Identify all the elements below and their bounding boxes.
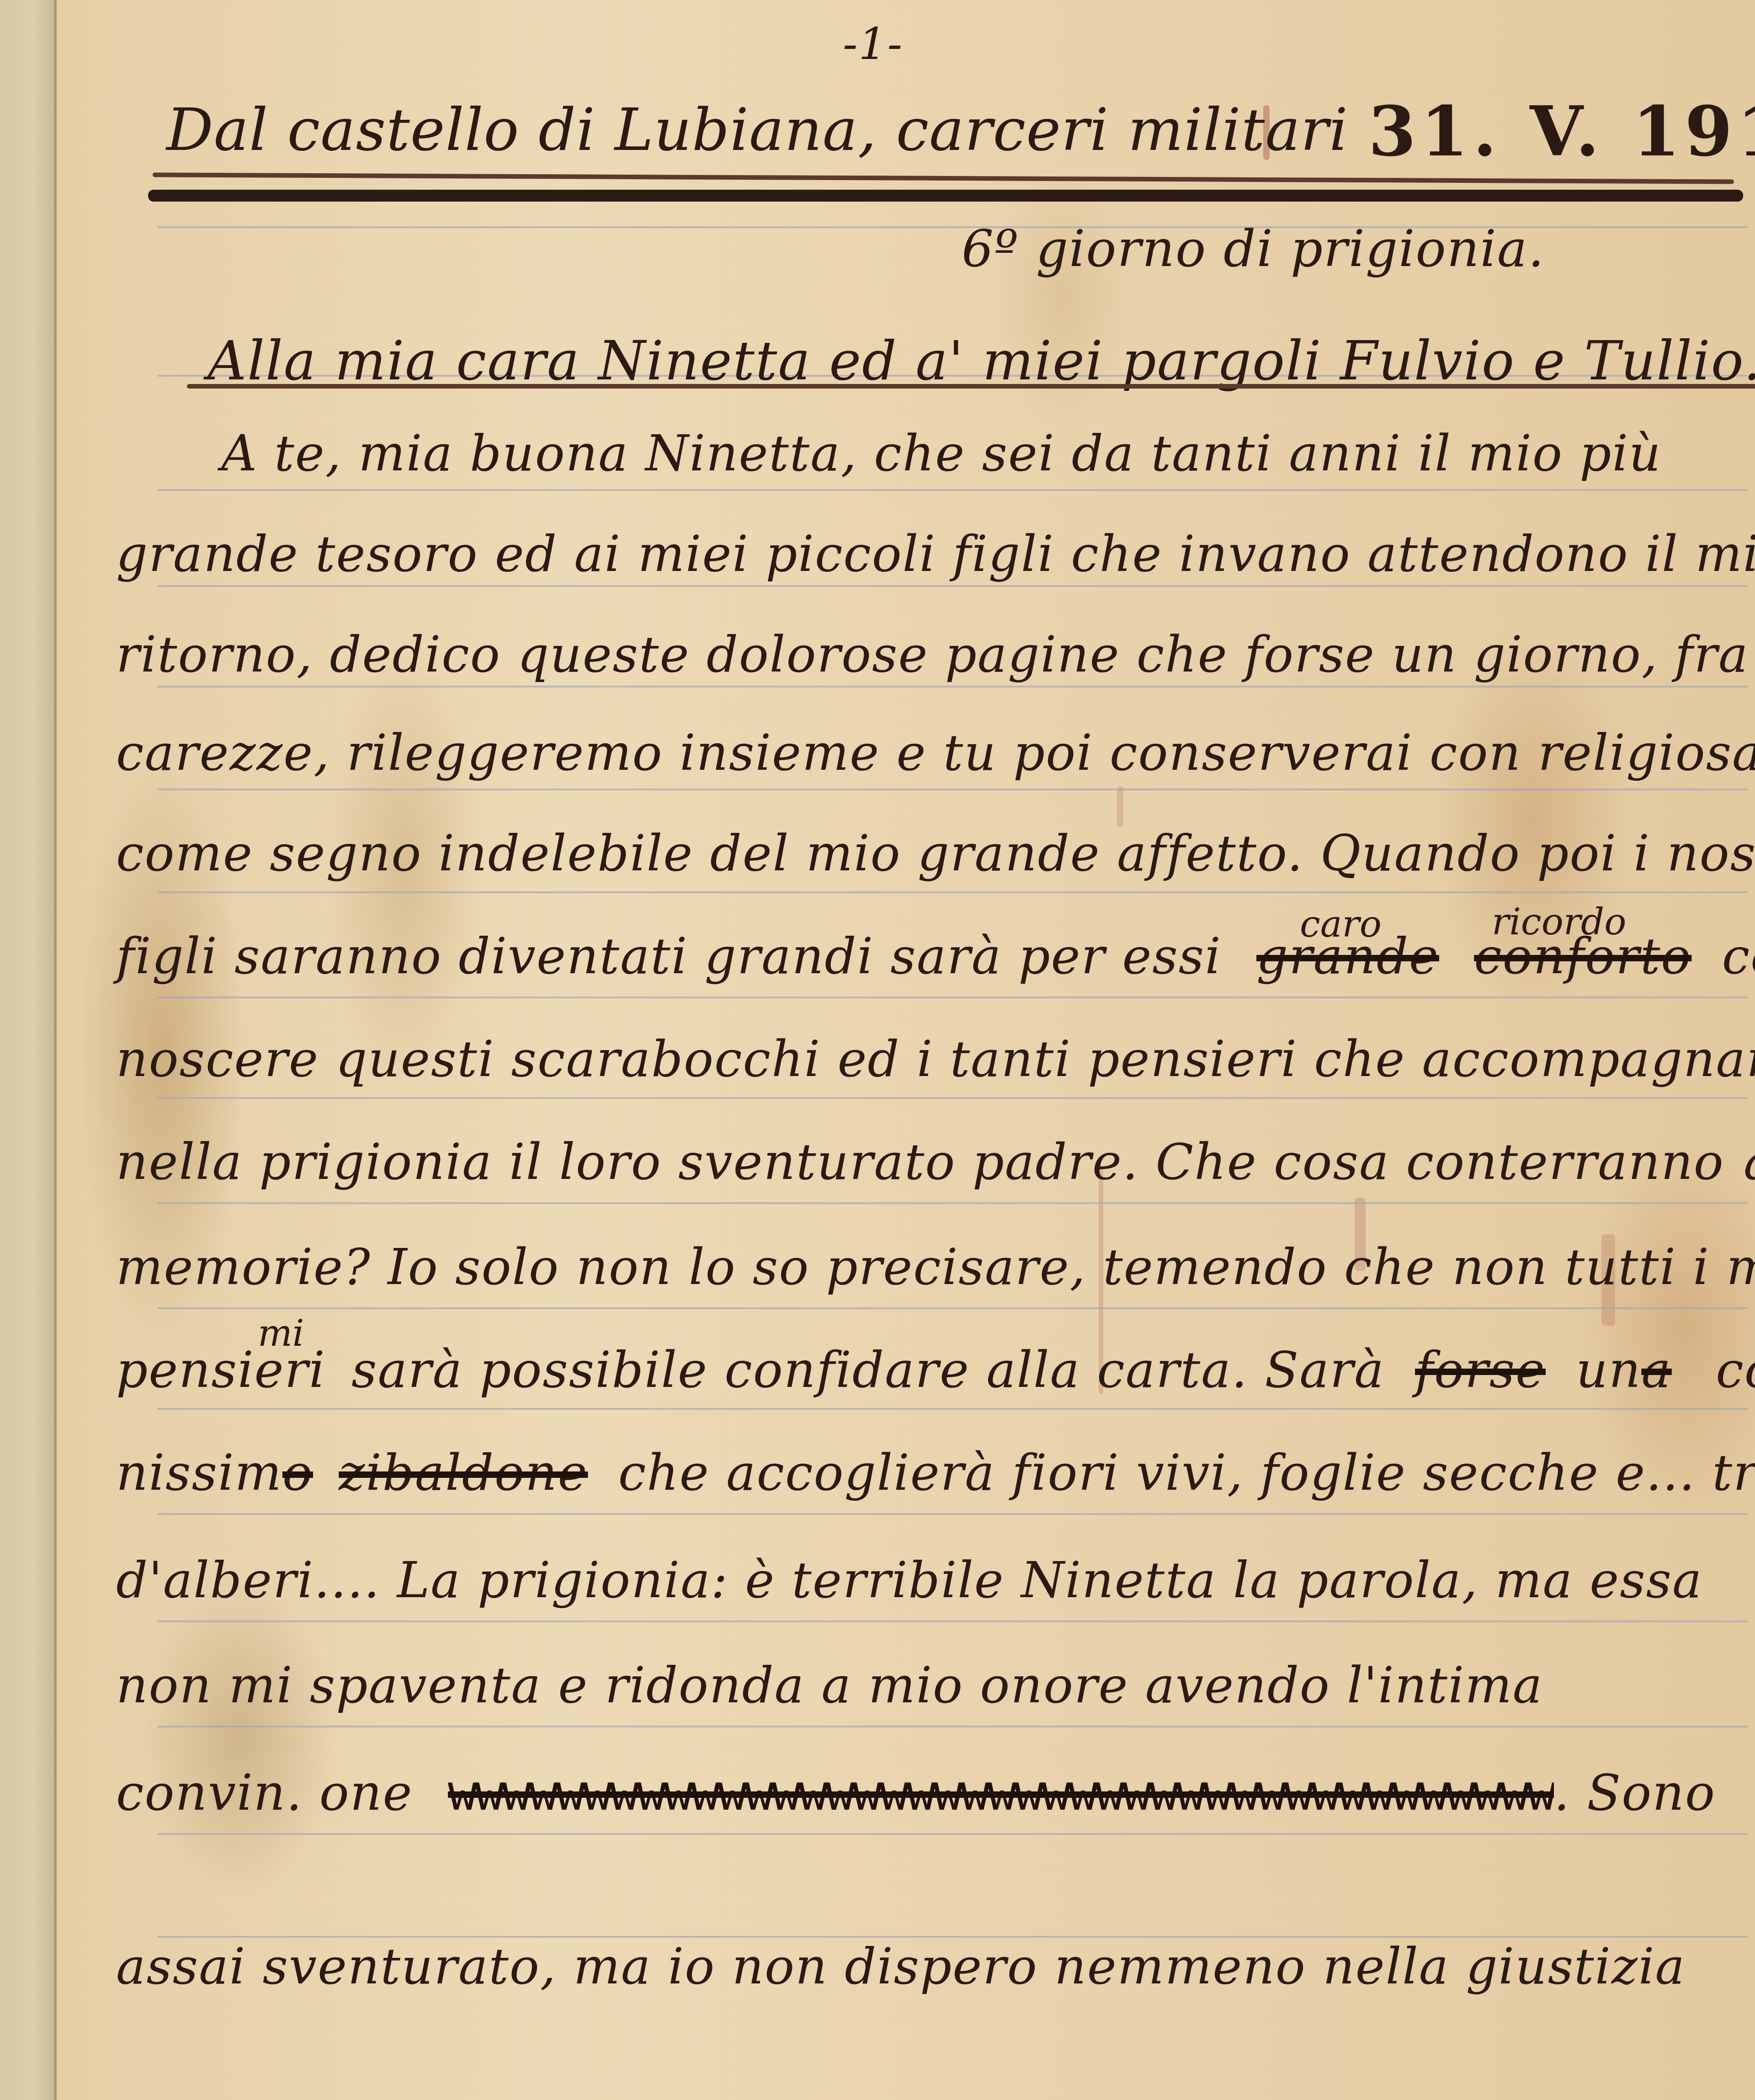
header-date: 31. V. 1915	[1368, 91, 1755, 172]
text-line-5: come segno indelebile del mio grande aff…	[116, 825, 1755, 882]
ink-stain	[1117, 786, 1123, 827]
ruled-line	[157, 997, 1748, 998]
line-10-un: un	[1576, 1342, 1641, 1399]
text-line-2: grande tesoro ed ai miei piccoli figli c…	[116, 526, 1755, 583]
insertion-caro: caro	[1300, 903, 1382, 945]
page-number: -1-	[843, 18, 903, 69]
line-14-start: convin. one	[116, 1764, 413, 1822]
struck-passage: wwwwwwwwwwwwwwwwwwwwwwwwwwwwwwwwwwwwwwww…	[448, 1764, 1554, 1822]
text-line-7: noscere questi scarabocchi ed i tanti pe…	[116, 1031, 1755, 1088]
struck-word: forse	[1415, 1342, 1546, 1399]
line-10-start: pensieri	[116, 1342, 326, 1399]
line-11-start: nissim	[116, 1444, 282, 1502]
text-line-13: non mi spaventa e ridonda a mio onore av…	[116, 1657, 1543, 1714]
line-10-end: comu-	[1716, 1342, 1755, 1399]
text-line-15: assai sventurato, ma io non dispero nemm…	[116, 1938, 1686, 1995]
day-note: 6º giorno di prigionia.	[962, 219, 1545, 278]
insertion-ricordo: ricordo	[1492, 901, 1626, 943]
struck-word: zibaldone	[339, 1444, 588, 1502]
line-14-end: . Sono	[1554, 1764, 1716, 1822]
line-6-start: figli saranno diventati grandi sarà per …	[116, 928, 1222, 985]
text-line-14: convin. one wwwwwwwwwwwwwwwwwwwwwwwwwwww…	[116, 1764, 1716, 1822]
dedication-underline	[187, 384, 1755, 389]
text-line-11: nissimo zibaldone che accoglierà fiori v…	[116, 1444, 1755, 1502]
ruled-line	[157, 1408, 1748, 1410]
text-line-8: nella prigionia il loro sventurato padre…	[116, 1134, 1755, 1191]
ruled-line	[157, 1513, 1748, 1515]
struck-suffix: o	[282, 1444, 313, 1502]
manuscript-page: -1- Dal castello di Lubiana, carceri mil…	[57, 0, 1755, 2100]
line-6-end: co-	[1722, 928, 1755, 985]
ruled-line	[157, 489, 1748, 491]
text-line-1: A te, mia buona Ninetta, che sei da tant…	[221, 425, 1662, 482]
line-10-middle: sarà possibile confidare alla carta. Sar…	[351, 1342, 1385, 1399]
ruled-line	[157, 686, 1748, 688]
text-line-10: pensieri sarà possibile confidare alla c…	[116, 1342, 1755, 1399]
binding-margin	[0, 0, 55, 2100]
ruled-line	[157, 1936, 1748, 1938]
text-line-9: memorie? Io solo non lo so precisare, te…	[116, 1239, 1755, 1296]
header-underline-thin	[153, 172, 1734, 184]
ruled-line	[157, 1097, 1748, 1099]
ruled-line	[157, 1726, 1748, 1727]
text-line-3: ritorno, dedico queste dolorose pagine c…	[116, 626, 1755, 683]
header-underline-thick	[148, 190, 1743, 202]
ruled-line	[157, 789, 1748, 790]
struck-suffix: a	[1641, 1342, 1671, 1399]
line-11-end: che accoglierà fiori vivi, foglie secche…	[618, 1444, 1755, 1502]
ruled-line	[157, 1833, 1748, 1835]
ruled-line	[157, 1307, 1748, 1309]
ruled-line	[157, 1202, 1748, 1204]
ruled-line	[157, 585, 1748, 587]
text-line-12: d'alberi.... La prigionia: è terribile N…	[116, 1552, 1702, 1609]
header-place: Dal castello di Lubiana, carceri militar…	[166, 96, 1348, 164]
ruled-line	[157, 1620, 1748, 1622]
ruled-line	[157, 891, 1748, 893]
text-line-4: carezze, rileggeremo insieme e tu poi co…	[116, 725, 1755, 782]
dedication: Alla mia cara Ninetta ed a' miei pargoli…	[207, 329, 1755, 392]
